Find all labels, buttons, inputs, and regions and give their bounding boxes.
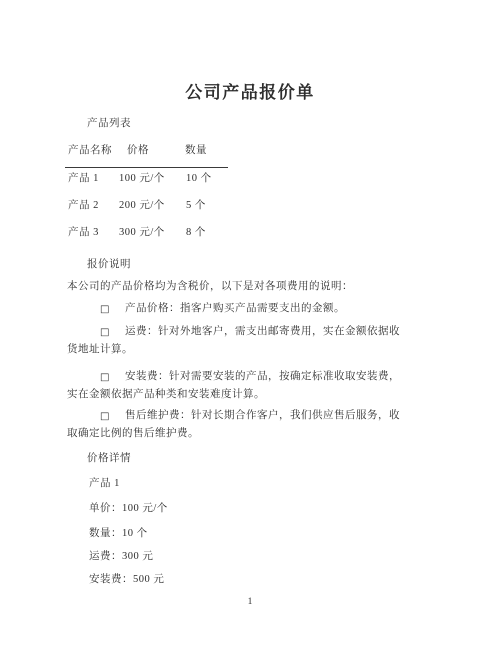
checkbox-icon: □: [100, 371, 110, 384]
table-header-row: 产品名称 价格 数量: [68, 144, 288, 158]
detail-product-name: 产品 1: [89, 477, 120, 490]
checkbox-icon: □: [100, 326, 110, 339]
table-cell-price: 100 元/个: [119, 172, 165, 185]
table-cell-product-name: 产品 2: [68, 199, 99, 212]
note-text: 运费：针对外地客户，需支出邮寄费用，实在金额依据收: [125, 325, 400, 338]
table-row: 产品 3 300 元/个 8 个: [68, 226, 288, 240]
page-number: 1: [0, 597, 500, 607]
note-item: □ 产品价格：指客户购买产品需要支出的金额。: [67, 302, 487, 316]
detail-line-unit-price: 单价：100 元/个: [89, 502, 168, 515]
note-text-continuation: 货地址计算。: [67, 343, 133, 356]
table-cell-quantity: 8 个: [186, 226, 206, 239]
checkbox-icon: □: [100, 303, 110, 316]
section-heading-price-details: 价格详情: [87, 452, 131, 465]
note-text-continuation: 取确定比例的售后维护费。: [67, 427, 199, 440]
table-cell-price: 300 元/个: [119, 226, 165, 239]
section-heading-product-list: 产品列表: [87, 117, 131, 130]
note-item: □ 运费：针对外地客户，需支出邮寄费用，实在金额依据收: [67, 325, 487, 339]
table-header-divider: [65, 167, 228, 168]
table-header-quantity: 数量: [185, 144, 207, 157]
note-item: □ 安装费：针对需要安装的产品，按确定标准收取安装费，: [67, 370, 487, 384]
detail-line-installation-fee: 安装费：500 元: [89, 573, 164, 586]
note-text-continuation: 实在金额依据产品种类和安装难度计算。: [67, 388, 265, 401]
table-header-price: 价格: [127, 144, 149, 157]
table-row: 产品 2 200 元/个 5 个: [68, 199, 288, 213]
notes-intro: 本公司的产品价格均为含税价，以下是对各项费用的说明：: [67, 280, 353, 293]
note-text: 售后维护费：针对长期合作客户，我们供应售后服务，收: [125, 409, 400, 422]
table-header-product-name: 产品名称: [68, 144, 112, 157]
table-cell-product-name: 产品 3: [68, 226, 99, 239]
table-row: 产品 1 100 元/个 10 个: [68, 172, 288, 186]
section-heading-quotation-notes: 报价说明: [87, 258, 131, 271]
table-cell-price: 200 元/个: [119, 199, 165, 212]
document-page: 公司产品报价单 产品列表 产品名称 价格 数量 产品 1 100 元/个 10 …: [0, 0, 500, 647]
page-title: 公司产品报价单: [0, 78, 500, 103]
table-cell-product-name: 产品 1: [68, 172, 99, 185]
table-cell-quantity: 10 个: [186, 172, 212, 185]
detail-line-shipping-fee: 运费：300 元: [89, 550, 153, 563]
table-cell-quantity: 5 个: [186, 199, 206, 212]
note-text: 产品价格：指客户购买产品需要支出的金额。: [125, 302, 345, 315]
checkbox-icon: □: [100, 410, 110, 423]
note-text: 安装费：针对需要安装的产品，按确定标准收取安装费，: [125, 370, 400, 383]
detail-line-quantity: 数量：10 个: [89, 527, 148, 540]
note-item: □ 售后维护费：针对长期合作客户，我们供应售后服务，收: [67, 409, 487, 423]
